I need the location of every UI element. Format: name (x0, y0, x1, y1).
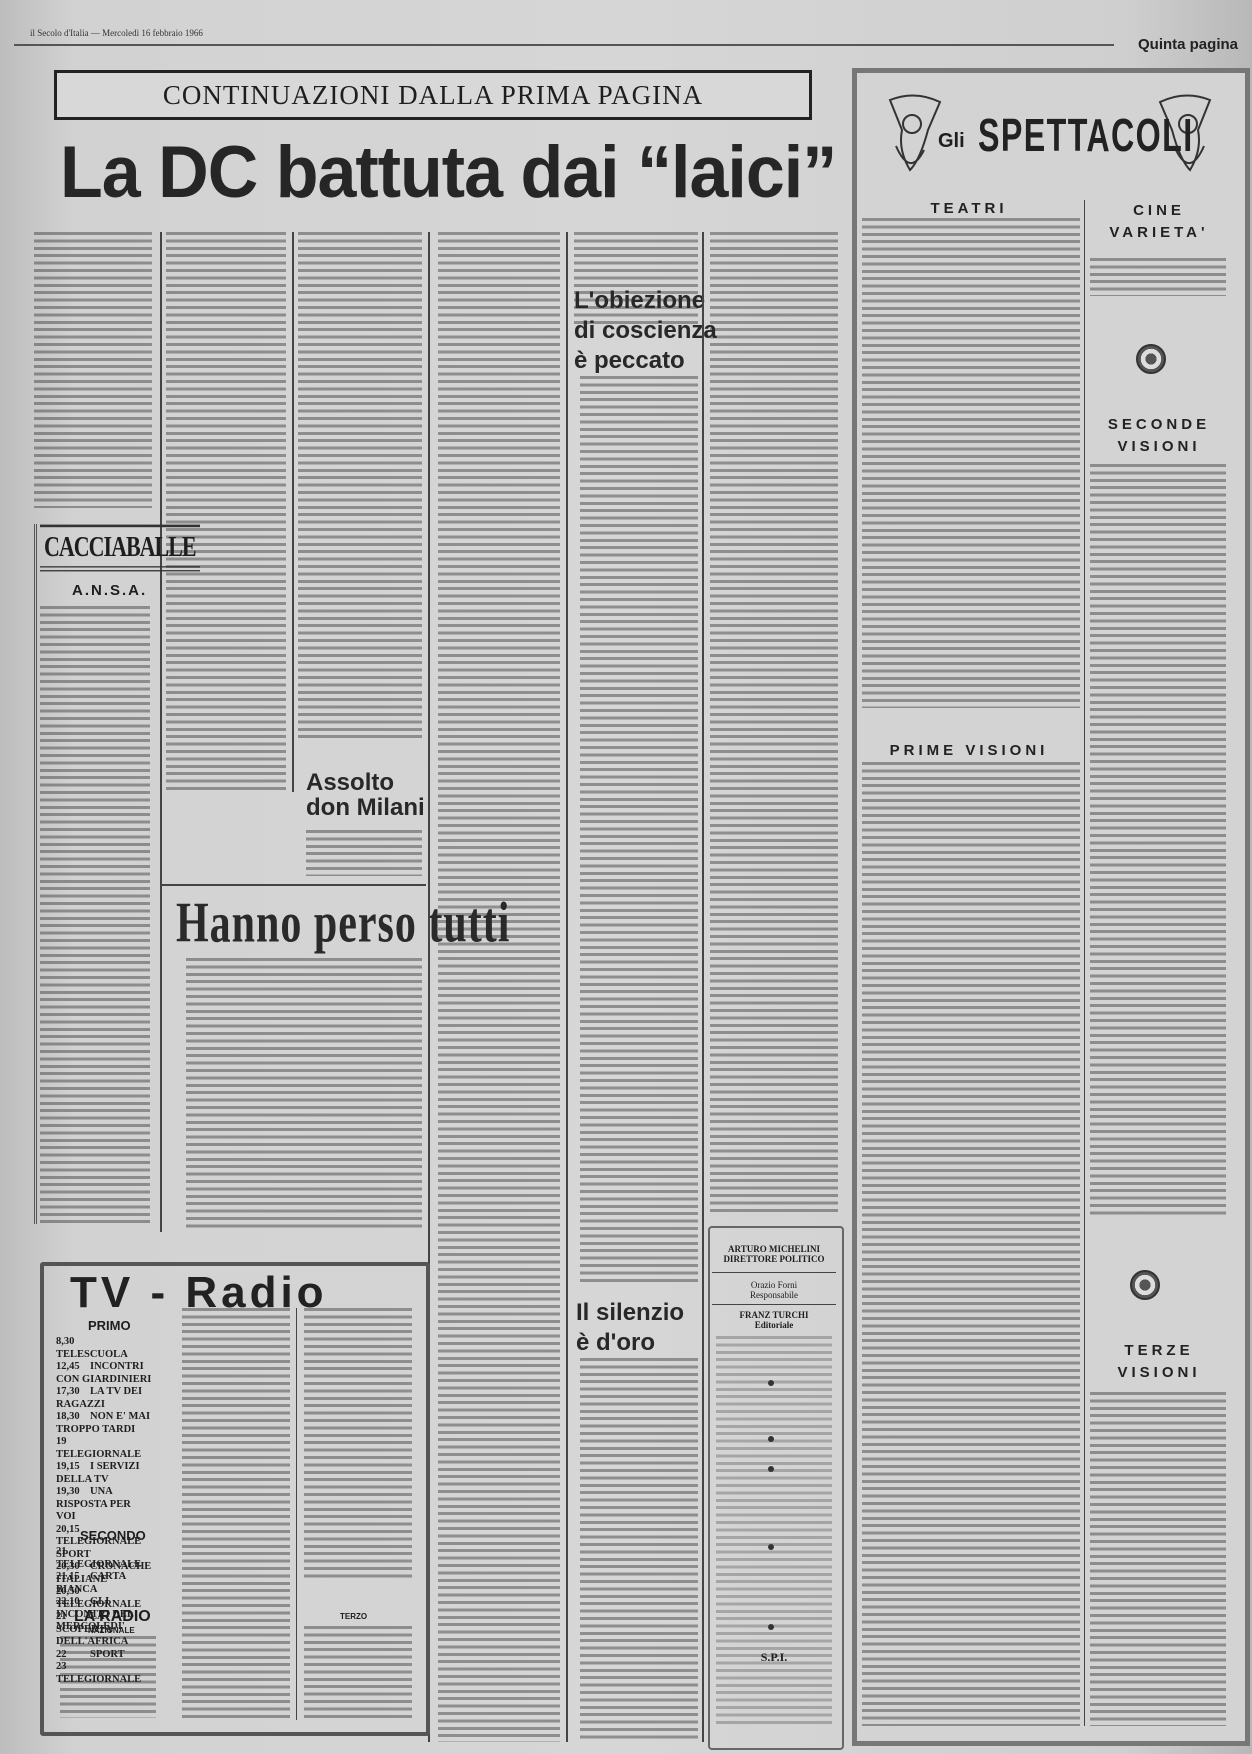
schedule-row: 19TELEGIORNALE (56, 1436, 152, 1461)
article-column-2 (166, 232, 286, 792)
top-rule (14, 44, 1114, 46)
schedule-row: 17,30LA TV DEI RAGAZZI (56, 1386, 152, 1411)
tv-divider (296, 1308, 297, 1720)
main-headline: La DC battuta dai “laici” (60, 130, 836, 214)
continuations-banner: CONTINUAZIONI DALLA PRIMA PAGINA (54, 70, 812, 120)
credits-bullet (768, 1624, 774, 1630)
schedule-show: TELEGIORNALE (56, 1559, 141, 1570)
radio-label: LA RADIO (74, 1608, 151, 1626)
cine-varieta-title: CINE VARIETA' (1090, 200, 1228, 244)
radio-sublabel: NAZIONALE (88, 1626, 135, 1635)
masthead-line: il Secolo d'Italia — Mercoledì 16 febbra… (30, 28, 203, 38)
cine-varieta-listing (1090, 258, 1226, 296)
schedule-row: 19,15I SERVIZI DELLA TV (56, 1461, 152, 1486)
schedule-row: 8,30TELESCUOLA (56, 1336, 152, 1361)
cacciaballe-body (40, 606, 150, 1224)
credits-bullet (768, 1436, 774, 1442)
terzo-label: TERZO (340, 1612, 367, 1621)
tv-column-3 (304, 1308, 412, 1580)
schedule-time: 22,10 (56, 1596, 90, 1609)
column-divider (292, 232, 294, 792)
credits-rule (712, 1304, 836, 1305)
article-column-3 (298, 232, 422, 742)
teatri-title: TEATRI (860, 200, 1078, 217)
obiezione-body (580, 376, 698, 1286)
assolto-body (306, 830, 422, 876)
schedule-time: 18,30 (56, 1411, 90, 1424)
credits-bullet (768, 1380, 774, 1386)
credits-bullet (768, 1466, 774, 1472)
article-column-1 (34, 232, 152, 508)
credits-bullet (768, 1544, 774, 1550)
obiezione-headline: L'obiezione di coscienza è peccato (574, 286, 717, 376)
prime-visioni-listing (862, 762, 1080, 1726)
schedule-time: 21,15 (56, 1571, 90, 1584)
silenzio-body (580, 1358, 698, 1742)
schedule-time: 21 (56, 1546, 90, 1559)
column-divider (566, 232, 568, 1742)
schedule-row: 12,45INCONTRI CON GIARDINIERI (56, 1361, 152, 1386)
page-name: Quinta pagina (1138, 36, 1238, 53)
credits-publisher: S.P.I. (712, 1652, 836, 1662)
schedule-time: 19,30 (56, 1486, 90, 1499)
credits-manager: FRANZ TURCHI Editoriale (712, 1310, 836, 1330)
terzo-body (304, 1626, 412, 1720)
spettacoli-gli: Gli (938, 130, 965, 153)
schedule-row: 21,15CARTA BIANCA (56, 1571, 152, 1596)
column-divider (702, 232, 704, 1742)
schedule-time: 8,30 (56, 1336, 90, 1349)
schedule-time: 17,30 (56, 1386, 90, 1399)
tv-column-2 (182, 1308, 290, 1720)
teatri-listing (862, 218, 1080, 708)
cacciaballe-title: CACCIABALLE (40, 525, 200, 572)
schedule-row: 19,30UNA RISPOSTA PER VOI (56, 1486, 152, 1524)
terze-visioni-listing (1090, 1392, 1226, 1726)
spettacoli-divider (1084, 200, 1085, 1726)
credits-rule (712, 1272, 836, 1273)
seconde-visioni-listing (1090, 464, 1226, 1218)
ansa-subtitle: A.N.S.A. (72, 582, 147, 599)
terze-visioni-title: TERZE VISIONI (1090, 1340, 1228, 1384)
primo-label: PRIMO (88, 1318, 131, 1333)
hanno-body (186, 958, 422, 1228)
silenzio-headline: Il silenzio è d'oro (576, 1298, 684, 1358)
newspaper-page: il Secolo d'Italia — Mercoledì 16 febbra… (0, 0, 1252, 1754)
credits-body (716, 1336, 832, 1726)
schedule-show: TELEGIORNALE (56, 1449, 141, 1460)
schedule-row: 21TELEGIORNALE (56, 1546, 152, 1571)
prime-visioni-title: PRIME VISIONI (860, 742, 1078, 759)
assolto-headline: Assolto don Milani (306, 770, 425, 820)
secondo-label: SECONDO (80, 1528, 146, 1543)
msi-emblem-icon (1130, 1270, 1160, 1300)
schedule-show: TELESCUOLA (56, 1349, 128, 1360)
radio-body (60, 1636, 156, 1718)
spettacoli-title: SPETTACOLI (978, 108, 1194, 162)
credits-editor: Orazio Forni Responsabile (712, 1280, 836, 1300)
article-column-6 (710, 232, 838, 1212)
schedule-row: 18,30NON E' MAI TROPPO TARDI (56, 1411, 152, 1436)
schedule-time: 19,15 (56, 1461, 90, 1474)
seconde-visioni-title: SECONDE VISIONI (1090, 414, 1228, 458)
msi-emblem-icon (1136, 344, 1166, 374)
credits-director: ARTURO MICHELINI DIRETTORE POLITICO (712, 1244, 836, 1264)
article-column-4 (438, 232, 560, 1742)
schedule-time: 19 (56, 1436, 90, 1449)
section-rule (160, 884, 426, 886)
column-divider (160, 232, 162, 1232)
schedule-time: 12,45 (56, 1361, 90, 1374)
